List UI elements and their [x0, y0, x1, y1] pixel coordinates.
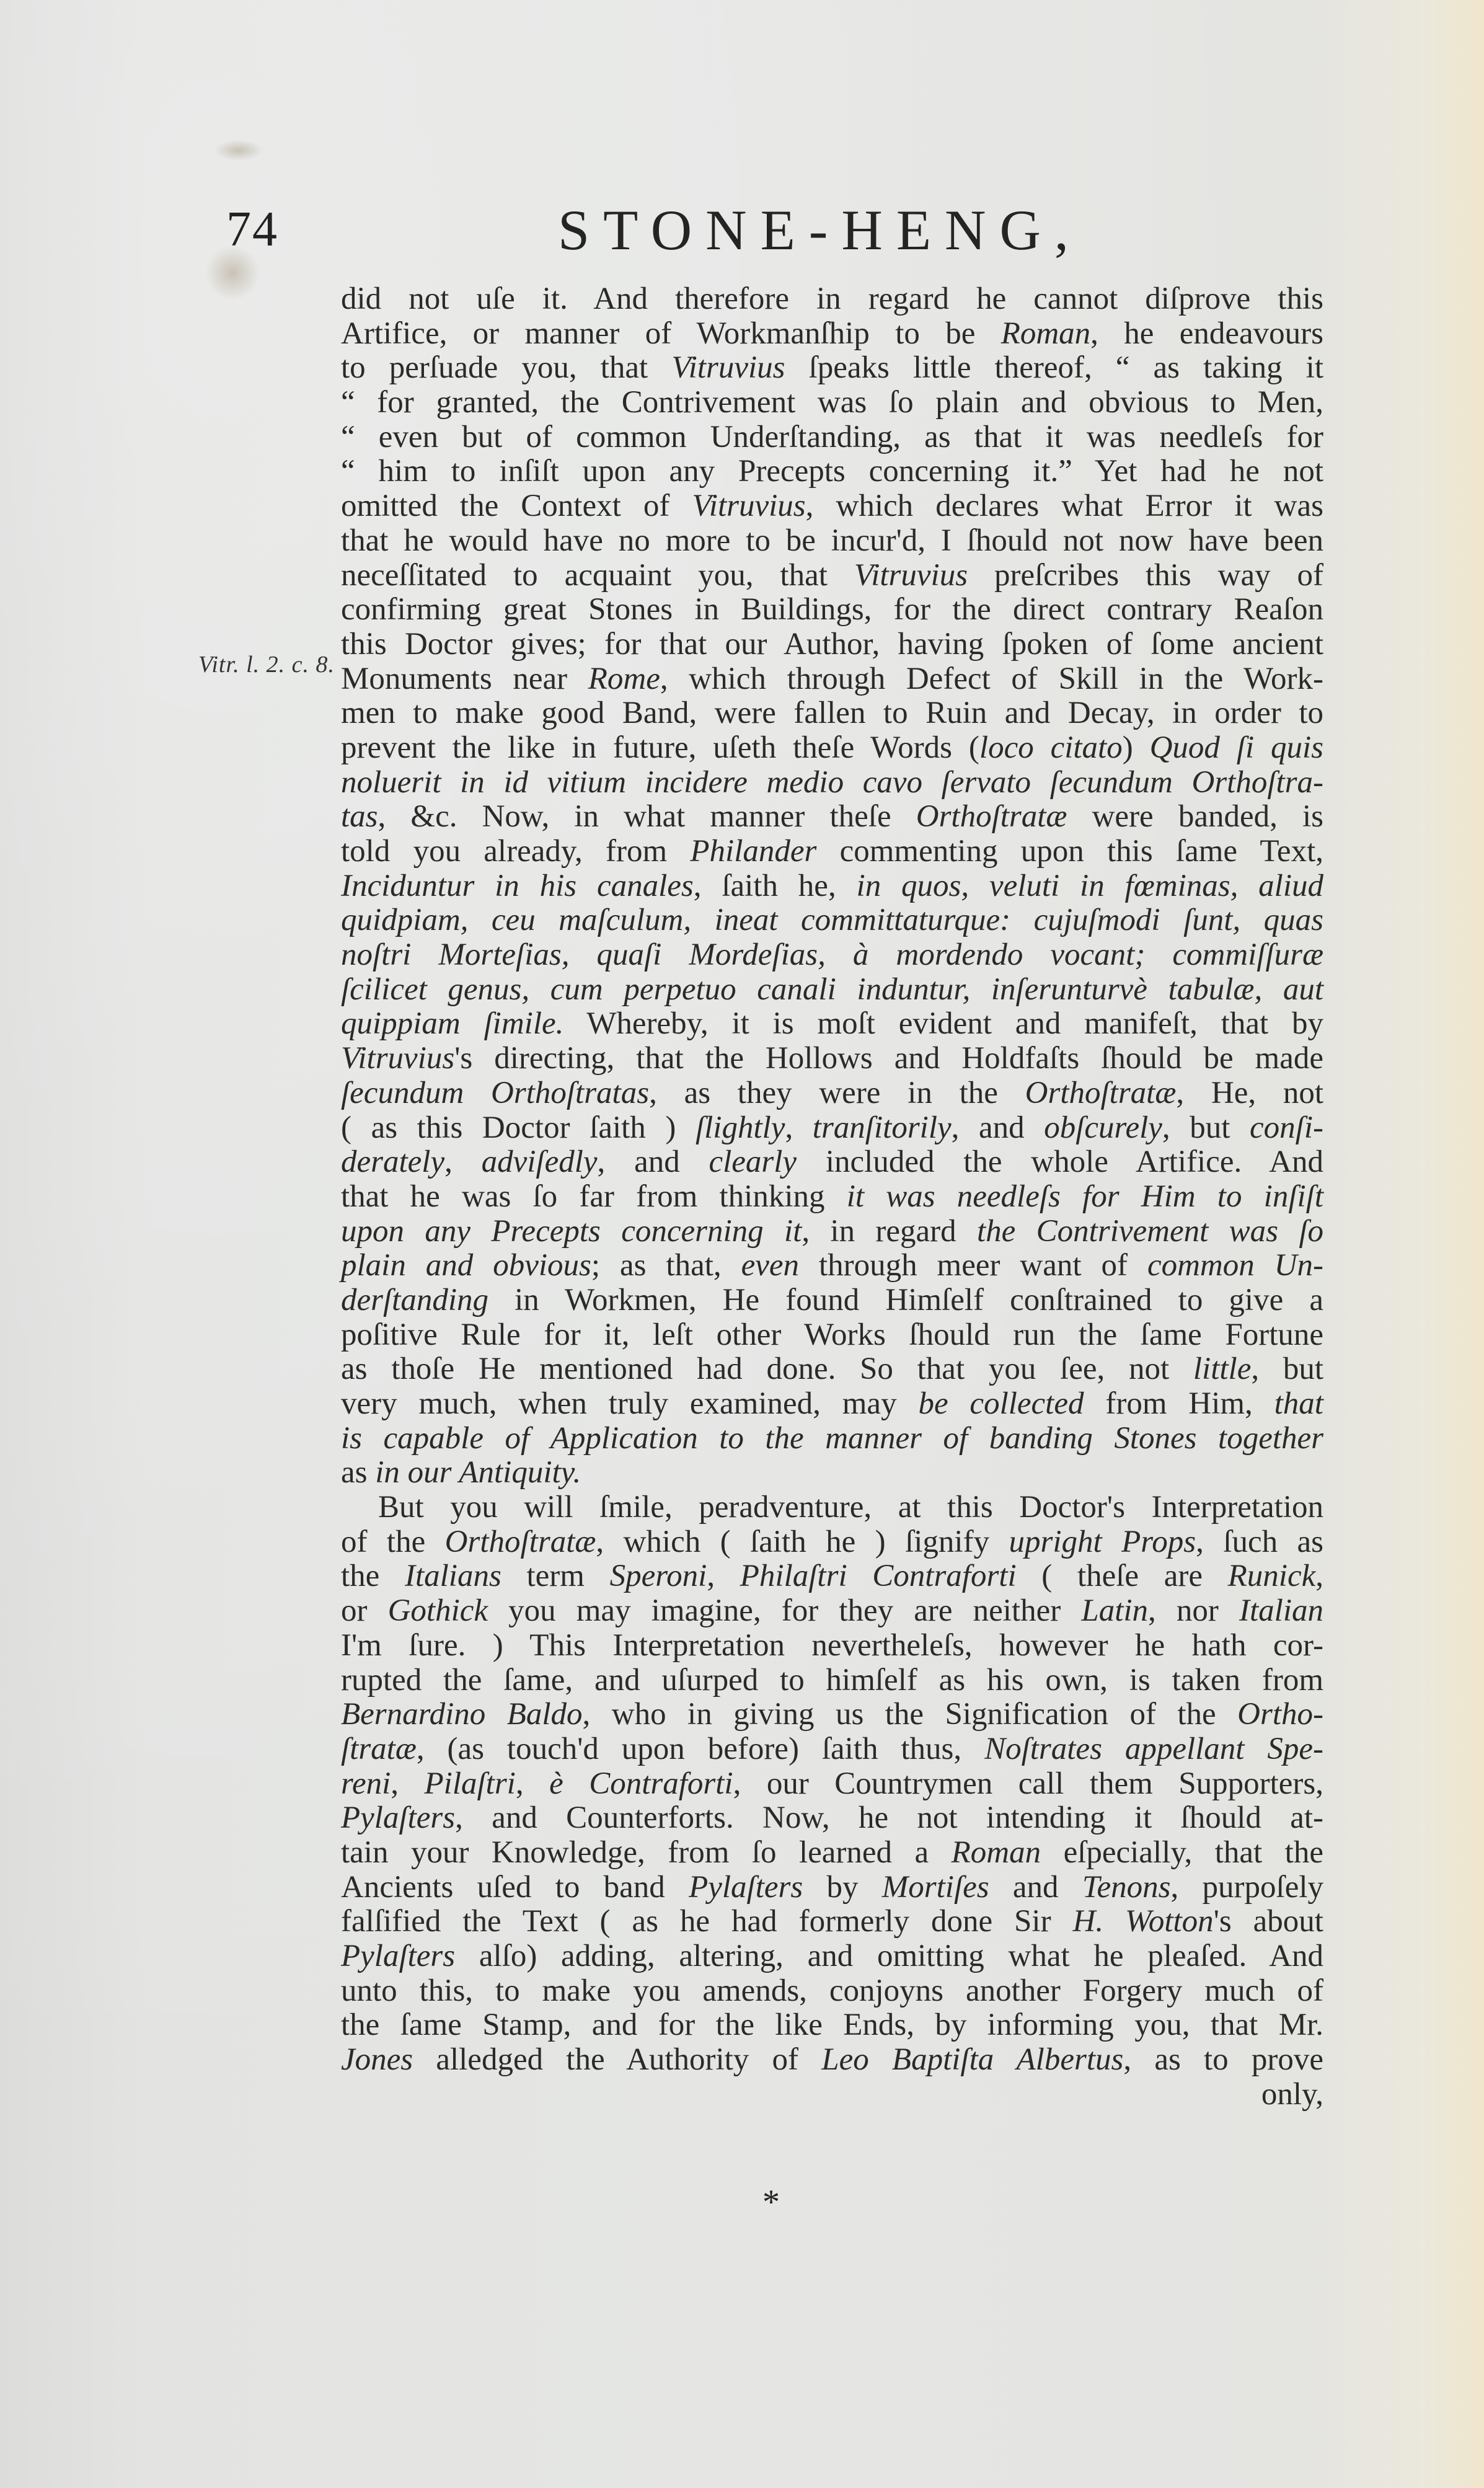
text-line: prevent the like in future, uſeth theſe …: [341, 731, 1323, 766]
italic-text: quidpiam, ceu maſculum, ineat committatu…: [341, 903, 1323, 937]
text-line: omitted the Context of Vitruvius, which …: [341, 489, 1323, 524]
roman-text: ( theſe are: [1017, 1559, 1228, 1593]
text-line: as in our Antiquity.: [341, 1456, 1323, 1490]
roman-text: , which declares what Error it was: [806, 489, 1323, 523]
roman-text: omitted the Context of: [341, 489, 692, 523]
roman-text: , (as touch'd upon before) ſaith thus,: [417, 1732, 984, 1766]
italic-text: Jones: [341, 2042, 413, 2077]
italic-text: upright Props: [1009, 1525, 1196, 1559]
text-line: the ſame Stamp, and for the like Ends, b…: [341, 2008, 1323, 2043]
roman-text: , he endeavours: [1090, 316, 1323, 351]
text-line: ſtratæ, (as touch'd upon before) ſaith t…: [341, 1732, 1323, 1767]
italic-text: the Contrivement was ſo: [977, 1214, 1323, 1249]
italic-text: ſcilicet genus, cum perpetuo canali indu…: [341, 972, 1323, 1007]
roman-text: , He, not: [1176, 1076, 1323, 1110]
roman-text: of the: [341, 1525, 445, 1559]
italic-text: Philaſtri Contraforti: [740, 1559, 1017, 1593]
roman-text: , ſuch as: [1196, 1525, 1323, 1559]
italic-text: clearly: [709, 1144, 797, 1179]
italic-text: Orthoſtratæ: [445, 1525, 596, 1559]
roman-text: , but: [1162, 1110, 1250, 1145]
text-line: neceſſitated to acquaint you, that Vitru…: [341, 559, 1323, 593]
text-line: to perſuade you, that Vitruvius ſpeaks l…: [341, 351, 1323, 386]
roman-text: , which through Defect of Skill in the W…: [660, 662, 1323, 696]
roman-text: , but: [1251, 1352, 1323, 1386]
italic-text: tranſitorily: [813, 1110, 952, 1145]
roman-text: , and: [952, 1110, 1045, 1145]
roman-text: commenting upon this ſame Text,: [816, 834, 1323, 869]
text-line: I'm ſure. ) This Interpretation neverthe…: [341, 1629, 1323, 1663]
italic-text: Italians: [405, 1559, 501, 1593]
italic-text: Philander: [690, 834, 816, 869]
text-line: rupted the ſame, and uſurped to himſelf …: [341, 1663, 1323, 1698]
text-line: Bernardino Baldo, who in giving us the S…: [341, 1698, 1323, 1732]
roman-text: , &c. Now, in what manner theſe: [378, 799, 916, 834]
italic-text: Pilaſtri: [424, 1766, 515, 1801]
italic-text: Latin: [1081, 1593, 1148, 1628]
roman-text: as: [341, 1455, 375, 1490]
roman-text: neceſſitated to acquaint you, that: [341, 558, 854, 593]
text-line: that he would have no more to be incur'd…: [341, 524, 1323, 559]
italic-text: loco citato: [979, 730, 1123, 765]
roman-text: “ for granted, the Contrivement was ſo p…: [341, 385, 1323, 420]
text-line: this Doctor gives; for that our Author, …: [341, 627, 1323, 662]
roman-text: ( as this Doctor ſaith ): [341, 1110, 696, 1145]
italic-text: ſlightly: [696, 1110, 785, 1145]
roman-text: eſpecially, that the: [1041, 1835, 1323, 1870]
roman-text: alledged the Authority of: [413, 2042, 821, 2077]
text-line: tain your Knowledge, from ſo learned a R…: [341, 1836, 1323, 1870]
italic-text: Italian: [1239, 1593, 1323, 1628]
italic-text: H. Wotton: [1073, 1904, 1214, 1939]
italic-text: Vitruvius: [692, 489, 805, 523]
roman-text: , as to prove: [1123, 2042, 1323, 2077]
roman-text: that he was ſo far from thinking: [341, 1179, 847, 1214]
text-line: ( as this Doctor ſaith ) ſlightly, tranſ…: [341, 1111, 1323, 1146]
roman-text: , purpoſely: [1171, 1870, 1324, 1905]
text-line: plain and obvious; as that, even through…: [341, 1249, 1323, 1283]
roman-text: as thoſe He mentioned had done. So that …: [341, 1352, 1193, 1386]
roman-text: , ſaith he,: [694, 869, 857, 903]
text-line: Inciduntur in his canales, ſaith he, in …: [341, 869, 1323, 904]
page-number: 74: [226, 205, 278, 254]
text-line: ſecundum Orthoſtratas, as they were in t…: [341, 1076, 1323, 1111]
roman-text: , as they were in the: [649, 1076, 1025, 1110]
roman-text: Artifice, or manner of Workmanſhip to be: [341, 316, 1001, 351]
text-line: tas, &c. Now, in what manner theſe Ortho…: [341, 800, 1323, 834]
roman-text: this Doctor gives; for that our Author, …: [341, 627, 1323, 662]
italic-text: upon any Precepts concerning it: [341, 1214, 802, 1249]
italic-text: conſi-: [1250, 1110, 1323, 1145]
italic-text: reni: [341, 1766, 391, 1801]
roman-text: ,: [707, 1559, 740, 1593]
italic-text: noſtri Morteſias, quaſi Mordeſias, à mor…: [341, 937, 1323, 972]
roman-text: or: [341, 1593, 388, 1628]
text-line: “ for granted, the Contrivement was ſo p…: [341, 386, 1323, 420]
italic-text: Speroni: [610, 1559, 707, 1593]
text-line: But you will ſmile, peradventure, at thi…: [341, 1490, 1323, 1525]
italic-text: Orthoſtratæ: [916, 799, 1067, 834]
italic-text: common Un-: [1147, 1248, 1323, 1283]
body-text: did not uſe it. And therefore in regard …: [341, 282, 1323, 2112]
roman-text: , and Counterforts. Now, he not intendin…: [455, 1800, 1323, 1835]
roman-text: ,: [1315, 1559, 1323, 1593]
roman-text: 's directing, that the Hollows and Holdf…: [454, 1041, 1323, 1076]
roman-text: ſpeaks little thereof, “ as taking it: [785, 350, 1323, 385]
italic-text: Gothick: [388, 1593, 488, 1628]
italic-text: Vitruvius: [854, 558, 968, 593]
italic-text: Bernardino Baldo: [341, 1697, 583, 1732]
italic-text: that: [1274, 1386, 1323, 1421]
text-line: Vitruvius's directing, that the Hollows …: [341, 1042, 1323, 1076]
roman-text: poſitive Rule for it, leſt other Works ſ…: [341, 1317, 1323, 1352]
roman-text: ; as that,: [591, 1248, 741, 1283]
text-line: quippiam ſimile. Whereby, it is moſt evi…: [341, 1007, 1323, 1042]
text-line: as thoſe He mentioned had done. So that …: [341, 1352, 1323, 1387]
text-line: quidpiam, ceu maſculum, ineat committatu…: [341, 903, 1323, 938]
roman-text: , who in giving us the Signification of …: [583, 1697, 1238, 1732]
text-line: reni, Pilaſtri, è Contraforti, our Count…: [341, 1767, 1323, 1802]
roman-text: and: [989, 1870, 1082, 1905]
italic-text: Roman: [952, 1835, 1041, 1870]
text-line: derſtanding in Workmen, He found Himſelf…: [341, 1283, 1323, 1318]
roman-text: did not uſe it. And therefore in regard …: [341, 281, 1323, 316]
text-line: “ him to inſiſt upon any Precepts concer…: [341, 454, 1323, 489]
roman-text: , and: [598, 1144, 709, 1179]
italic-text: Vitruvius: [671, 350, 785, 385]
roman-text: men to make good Band, were fallen to Ru…: [341, 696, 1323, 730]
italic-text: obſcurely: [1044, 1110, 1162, 1145]
roman-text: through meer want of: [799, 1248, 1147, 1283]
italic-text: Ortho-: [1237, 1697, 1323, 1732]
italic-text: it was needleſs for Him to inſiſt: [847, 1179, 1323, 1214]
roman-text: confirming great Stones in Buildings, fo…: [341, 592, 1323, 627]
text-line: that he was ſo far from thinking it was …: [341, 1180, 1323, 1215]
roman-text: were banded, is: [1067, 799, 1323, 834]
text-line: upon any Precepts concerning it, in rega…: [341, 1215, 1323, 1249]
foxing-stain: [214, 139, 263, 161]
italic-text: Pylaſters: [341, 1939, 455, 1973]
roman-text: the: [341, 1559, 405, 1593]
roman-text: you may imagine, for they are neither: [488, 1593, 1081, 1628]
roman-text: 's about: [1214, 1904, 1323, 1939]
text-line: Pylaſters alſo) adding, altering, and om…: [341, 1939, 1323, 1974]
italic-text: ſecundum Orthoſtratas: [341, 1076, 649, 1110]
roman-text: very much, when truly examined, may: [341, 1386, 918, 1421]
text-line: very much, when truly examined, may be c…: [341, 1387, 1323, 1422]
italic-text: Orthoſtratæ: [1025, 1076, 1177, 1110]
italic-text: ſtratæ: [341, 1732, 417, 1766]
text-line: of the Orthoſtratæ, which ( ſaith he ) ſ…: [341, 1525, 1323, 1560]
italic-text: little: [1193, 1352, 1251, 1386]
italic-text: Mortiſes: [882, 1870, 989, 1905]
roman-text: alſo) adding, altering, and omitting wha…: [455, 1939, 1323, 1973]
roman-text: to perſuade you, that: [341, 350, 671, 385]
text-line: confirming great Stones in Buildings, fo…: [341, 593, 1323, 627]
text-line: only,: [341, 2078, 1323, 2112]
roman-text: only,: [1261, 2077, 1323, 2112]
text-line: Pylaſters, and Counterforts. Now, he not…: [341, 1801, 1323, 1836]
italic-text: Roman: [1001, 316, 1090, 351]
roman-text: included the whole Artifice. And: [797, 1144, 1323, 1179]
italic-text: Runick: [1228, 1559, 1316, 1593]
roman-text: , in regard: [802, 1214, 977, 1249]
roman-text: , nor: [1148, 1593, 1239, 1628]
italic-text: Inciduntur in his canales: [341, 869, 694, 903]
roman-text: Ancients uſed to band: [341, 1870, 689, 1905]
italic-text: Vitruvius: [341, 1041, 454, 1076]
roman-text: tain your Knowledge, from ſo learned a: [341, 1835, 952, 1870]
marginal-note: Vitr. l. 2. c. 8.: [186, 651, 335, 678]
text-line: did not uſe it. And therefore in regard …: [341, 282, 1323, 317]
text-line: “ even but of common Underſtanding, as t…: [341, 420, 1323, 455]
italic-text: è Contraforti: [549, 1766, 733, 1801]
roman-text: rupted the ſame, and uſurped to himſelf …: [341, 1663, 1323, 1698]
italic-text: adviſedly: [482, 1144, 598, 1179]
roman-text: falſified the Text ( as he had formerly …: [341, 1904, 1073, 1939]
text-line: Ancients uſed to band Pylaſters by Morti…: [341, 1870, 1323, 1905]
italic-text: Pylaſters: [341, 1800, 455, 1835]
roman-text: that he would have no more to be incur'd…: [341, 523, 1323, 558]
roman-text: term: [501, 1559, 610, 1593]
text-line: falſified the Text ( as he had formerly …: [341, 1905, 1323, 1939]
text-line: Artifice, or manner of Workmanſhip to be…: [341, 317, 1323, 352]
text-line: told you already, from Philander comment…: [341, 834, 1323, 869]
italic-text: derſtanding: [341, 1283, 488, 1317]
italic-text: tas: [341, 799, 378, 834]
roman-text: told you already, from: [341, 834, 690, 869]
text-line: Monuments near Rome, which through Defec…: [341, 662, 1323, 697]
roman-text: the ſame Stamp, and for the like Ends, b…: [341, 2008, 1323, 2042]
text-line: unto this, to make you amends, conjoyns …: [341, 1974, 1323, 2009]
roman-text: in Workmen, He found Himſelf conſtrained…: [488, 1283, 1323, 1317]
roman-text: ,: [391, 1766, 424, 1801]
roman-text: Monuments near: [341, 662, 588, 696]
italic-text: even: [741, 1248, 799, 1283]
text-line: noluerit in id vitium incidere medio cav…: [341, 766, 1323, 800]
roman-text: Whereby, it is moſt evident and manifeſt…: [563, 1006, 1323, 1041]
italic-text: is capable of Application to the manner …: [341, 1421, 1323, 1456]
text-line: ſcilicet genus, cum perpetuo canali indu…: [341, 973, 1323, 1007]
roman-text: from Him,: [1084, 1386, 1274, 1421]
italic-text: Rome: [588, 662, 660, 696]
roman-text: ,: [444, 1144, 482, 1179]
italic-text: Tenons: [1082, 1870, 1171, 1905]
roman-text: preſcribes this way of: [968, 558, 1323, 593]
italic-text: in our Antiquity.: [375, 1455, 581, 1490]
text-line: or Gothick you may imagine, for they are…: [341, 1594, 1323, 1629]
italic-text: Pylaſters: [689, 1870, 803, 1905]
text-line: the Italians term Speroni, Philaſtri Con…: [341, 1559, 1323, 1594]
roman-text: ,: [516, 1766, 549, 1801]
italic-text: derately: [341, 1144, 444, 1179]
text-line: noſtri Morteſias, quaſi Mordeſias, à mor…: [341, 938, 1323, 973]
italic-text: Quod ſi quis: [1150, 730, 1323, 765]
roman-text: unto this, to make you amends, conjoyns …: [341, 1973, 1323, 2008]
italic-text: plain and obvious: [341, 1248, 591, 1283]
text-line: men to make good Band, were fallen to Ru…: [341, 696, 1323, 731]
text-line: derately, adviſedly, and clearly include…: [341, 1145, 1323, 1180]
roman-text: ,: [785, 1110, 812, 1145]
roman-text: , which ( ſaith he ) ſignify: [596, 1525, 1009, 1559]
roman-text: “ even but of common Underſtanding, as t…: [341, 420, 1323, 454]
italic-text: noluerit in id vitium incidere medio cav…: [341, 765, 1323, 800]
text-line: poſitive Rule for it, leſt other Works ſ…: [341, 1318, 1323, 1353]
running-title: STONE-HENG,: [558, 201, 1128, 259]
italic-text: in quos, veluti in fœminas, aliud: [857, 869, 1323, 903]
italic-text: Noſtrates appellant Spe-: [984, 1732, 1323, 1766]
roman-text: “ him to inſiſt upon any Precepts concer…: [341, 454, 1323, 489]
roman-text: by: [803, 1870, 882, 1905]
italic-text: quippiam ſimile.: [341, 1006, 563, 1041]
text-line: Jones alledged the Authority of Leo Bapt…: [341, 2043, 1323, 2078]
roman-text: prevent the like in future, uſeth theſe …: [341, 730, 979, 765]
roman-text: But you will ſmile, peradventure, at thi…: [378, 1490, 1323, 1525]
italic-text: be collected: [918, 1386, 1084, 1421]
roman-text: ): [1123, 730, 1150, 765]
signature-mark: *: [762, 2182, 780, 2222]
text-line: is capable of Application to the manner …: [341, 1422, 1323, 1456]
roman-text: , our Countrymen call them Supporters,: [733, 1766, 1323, 1801]
roman-text: I'm ſure. ) This Interpretation neverthe…: [341, 1628, 1323, 1663]
italic-text: Leo Baptiſta Albertus: [821, 2042, 1123, 2077]
